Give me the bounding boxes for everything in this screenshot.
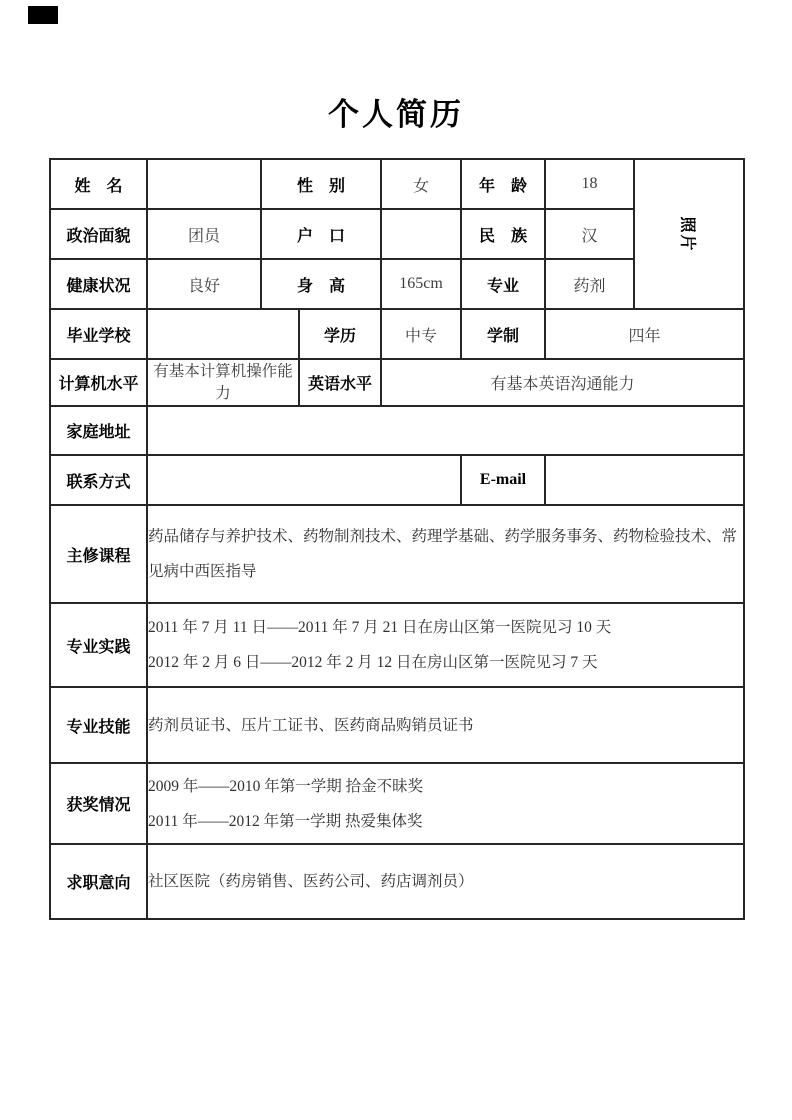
photo-cell: 照片 bbox=[634, 159, 744, 309]
education-value: 中专 bbox=[381, 309, 461, 359]
skills-label: 专业技能 bbox=[50, 687, 147, 763]
political-status-value: 团员 bbox=[147, 209, 261, 259]
email-label: E-mail bbox=[461, 455, 545, 505]
practice-label: 专业实践 bbox=[50, 603, 147, 687]
table-row: 专业技能 药剂员证书、压片工证书、医药商品购销员证书 bbox=[50, 687, 744, 763]
home-address-value bbox=[147, 406, 744, 455]
table-row: 专业实践 2011 年 7 月 11 日——2011 年 7 月 21 日在房山… bbox=[50, 603, 744, 687]
school-system-value: 四年 bbox=[545, 309, 744, 359]
age-value: 18 bbox=[545, 159, 634, 209]
contact-label: 联系方式 bbox=[50, 455, 147, 505]
school-value bbox=[147, 309, 299, 359]
english-level-label: 英语水平 bbox=[299, 359, 381, 406]
contact-value bbox=[147, 455, 461, 505]
table-row: 求职意向 社区医院（药房销售、医药公司、药店调剂员） bbox=[50, 844, 744, 919]
table-row: 家庭地址 bbox=[50, 406, 744, 455]
health-value: 良好 bbox=[147, 259, 261, 309]
political-status-label: 政治面貌 bbox=[50, 209, 147, 259]
health-label: 健康状况 bbox=[50, 259, 147, 309]
job-intention-label: 求职意向 bbox=[50, 844, 147, 919]
household-label: 户 口 bbox=[261, 209, 381, 259]
table-row: 姓 名 性 别 女 年 龄 18 照片 bbox=[50, 159, 744, 209]
main-courses-value: 药品储存与养护技术、药物制剂技术、药理学基础、药学服务事务、药物检验技术、常见病… bbox=[147, 505, 744, 603]
practice-value: 2011 年 7 月 11 日——2011 年 7 月 21 日在房山区第一医院… bbox=[147, 603, 744, 687]
computer-level-value: 有基本计算机操作能力 bbox=[147, 359, 299, 406]
awards-label: 获奖情况 bbox=[50, 763, 147, 844]
home-address-label: 家庭地址 bbox=[50, 406, 147, 455]
email-value bbox=[545, 455, 744, 505]
table-row: 联系方式 E-mail bbox=[50, 455, 744, 505]
major-value: 药剂 bbox=[545, 259, 634, 309]
main-courses-label: 主修课程 bbox=[50, 505, 147, 603]
household-value bbox=[381, 209, 461, 259]
awards-value: 2009 年——2010 年第一学期 拾金不昧奖 2011 年——2012 年第… bbox=[147, 763, 744, 844]
computer-level-label: 计算机水平 bbox=[50, 359, 147, 406]
photo-label: 照片 bbox=[678, 216, 701, 252]
major-label: 专业 bbox=[461, 259, 545, 309]
awards-line-1: 2009 年——2010 年第一学期 拾金不昧奖 bbox=[148, 769, 743, 804]
practice-line-1: 2011 年 7 月 11 日——2011 年 7 月 21 日在房山区第一医院… bbox=[148, 610, 743, 645]
school-label: 毕业学校 bbox=[50, 309, 147, 359]
skills-value: 药剂员证书、压片工证书、医药商品购销员证书 bbox=[147, 687, 744, 763]
awards-line-2: 2011 年——2012 年第一学期 热爱集体奖 bbox=[148, 804, 743, 839]
name-label: 姓 名 bbox=[50, 159, 147, 209]
resume-page: 个人简历 姓 名 性 别 女 年 龄 18 照片 政治面貌 团员 户 口 民 族… bbox=[0, 0, 792, 1120]
table-row: 毕业学校 学历 中专 学制 四年 bbox=[50, 309, 744, 359]
resume-table: 姓 名 性 别 女 年 龄 18 照片 政治面貌 团员 户 口 民 族 汉 健康… bbox=[49, 158, 745, 920]
table-row: 获奖情况 2009 年——2010 年第一学期 拾金不昧奖 2011 年——20… bbox=[50, 763, 744, 844]
table-row: 主修课程 药品储存与养护技术、药物制剂技术、药理学基础、药学服务事务、药物检验技… bbox=[50, 505, 744, 603]
height-label: 身 高 bbox=[261, 259, 381, 309]
gender-value: 女 bbox=[381, 159, 461, 209]
table-row: 计算机水平 有基本计算机操作能力 英语水平 有基本英语沟通能力 bbox=[50, 359, 744, 406]
age-label: 年 龄 bbox=[461, 159, 545, 209]
name-value bbox=[147, 159, 261, 209]
practice-line-2: 2012 年 2 月 6 日——2012 年 2 月 12 日在房山区第一医院见… bbox=[148, 645, 743, 680]
ethnicity-value: 汉 bbox=[545, 209, 634, 259]
scan-artifact-mark bbox=[28, 6, 58, 24]
english-level-value: 有基本英语沟通能力 bbox=[381, 359, 744, 406]
job-intention-value: 社区医院（药房销售、医药公司、药店调剂员） bbox=[147, 844, 744, 919]
page-title: 个人简历 bbox=[0, 92, 792, 138]
height-value: 165cm bbox=[381, 259, 461, 309]
gender-label: 性 别 bbox=[261, 159, 381, 209]
school-system-label: 学制 bbox=[461, 309, 545, 359]
ethnicity-label: 民 族 bbox=[461, 209, 545, 259]
education-label: 学历 bbox=[299, 309, 381, 359]
